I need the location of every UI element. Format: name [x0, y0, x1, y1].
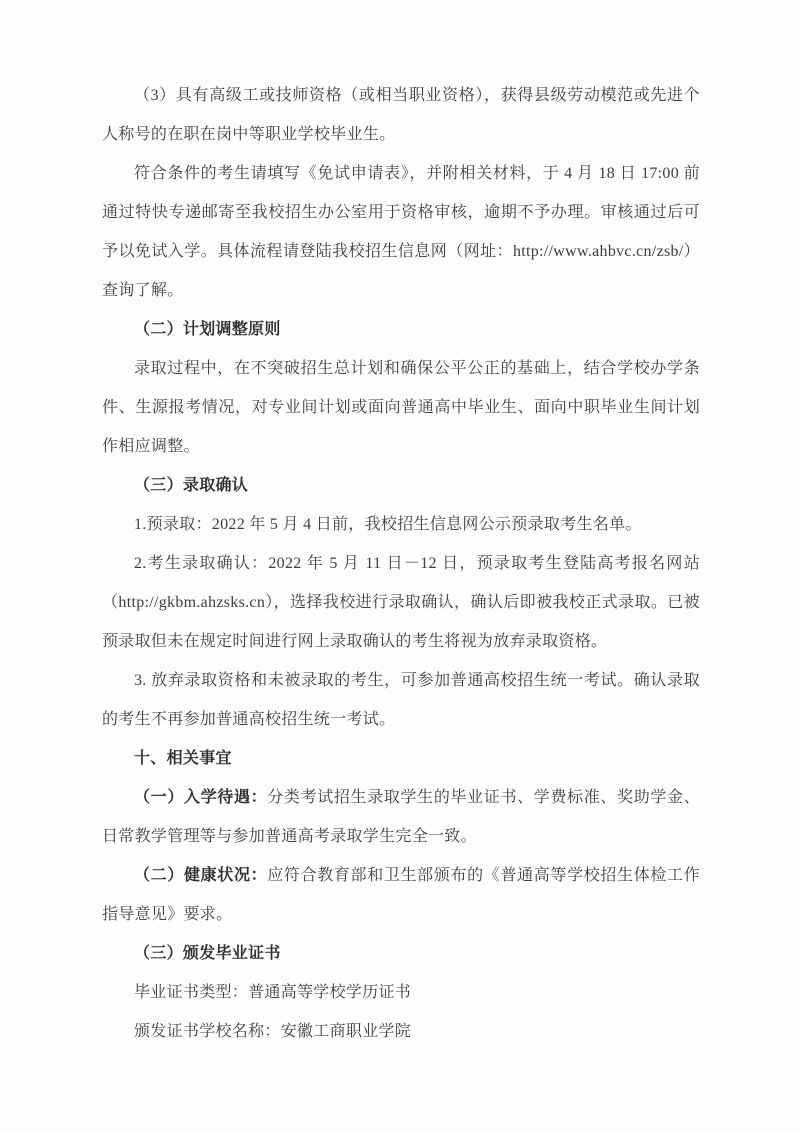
paragraph: （二）健康状况：应符合教育部和卫生部颁布的《普通高等学校招生体检工作指导意见》要…	[102, 856, 700, 934]
section-heading: （三）颁发毕业证书	[102, 934, 700, 973]
bold-text-run: （三）录取确认	[134, 477, 248, 494]
paragraph: （一）入学待遇：分类考试招生录取学生的毕业证书、学费标准、奖助学金、日常教学管理…	[102, 778, 700, 856]
paragraph: （3）具有高级工或技师资格（或相当职业资格），获得县级劳动模范或先进个人称号的在…	[102, 76, 700, 154]
paragraph: 符合条件的考生请填写《免试申请表》，并附相关材料，于 4 月 18 日 17:0…	[102, 154, 700, 310]
bold-text-run: （一）入学待遇：	[134, 789, 267, 806]
paragraph: 3. 放弃录取资格和未被录取的考生，可参加普通高校招生统一考试。确认录取的考生不…	[102, 661, 700, 739]
section-heading: （三）录取确认	[102, 466, 700, 505]
bold-text-run: （三）颁发毕业证书	[134, 945, 281, 962]
bold-text-run: （二）健康状况：	[134, 867, 267, 884]
text-run: 符合条件的考生请填写《免试申请表》，并附相关材料，于 4 月 18 日 17:0…	[102, 165, 700, 299]
document-page: （3）具有高级工或技师资格（或相当职业资格），获得县级劳动模范或先进个人称号的在…	[0, 0, 800, 1132]
text-run: 3. 放弃录取资格和未被录取的考生，可参加普通高校招生统一考试。确认录取的考生不…	[102, 672, 700, 728]
paragraph: 1.预录取：2022 年 5 月 4 日前，我校招生信息网公示预录取考生名单。	[102, 505, 700, 544]
document-body: （3）具有高级工或技师资格（或相当职业资格），获得县级劳动模范或先进个人称号的在…	[102, 76, 700, 1051]
bold-text-run: （二）计划调整原则	[134, 321, 281, 338]
text-run: （3）具有高级工或技师资格（或相当职业资格），获得县级劳动模范或先进个人称号的在…	[102, 87, 700, 143]
section-heading: （二）计划调整原则	[102, 310, 700, 349]
text-run: 毕业证书类型：普通高等学校学历证书	[134, 984, 411, 1001]
paragraph: 毕业证书类型：普通高等学校学历证书	[102, 973, 700, 1012]
paragraph: 录取过程中，在不突破招生总计划和确保公平公正的基础上，结合学校办学条件、生源报考…	[102, 349, 700, 466]
bold-text-run: 十、相关事宜	[134, 750, 232, 767]
section-heading: 十、相关事宜	[102, 739, 700, 778]
text-run: 颁发证书学校名称：安徽工商职业学院	[134, 1023, 411, 1040]
paragraph: 颁发证书学校名称：安徽工商职业学院	[102, 1012, 700, 1051]
paragraph: 2.考生录取确认：2022 年 5 月 11 日－12 日，预录取考生登陆高考报…	[102, 544, 700, 661]
text-run: 录取过程中，在不突破招生总计划和确保公平公正的基础上，结合学校办学条件、生源报考…	[102, 360, 700, 455]
text-run: 2.考生录取确认：2022 年 5 月 11 日－12 日，预录取考生登陆高考报…	[102, 555, 700, 650]
text-run: 1.预录取：2022 年 5 月 4 日前，我校招生信息网公示预录取考生名单。	[134, 516, 642, 533]
